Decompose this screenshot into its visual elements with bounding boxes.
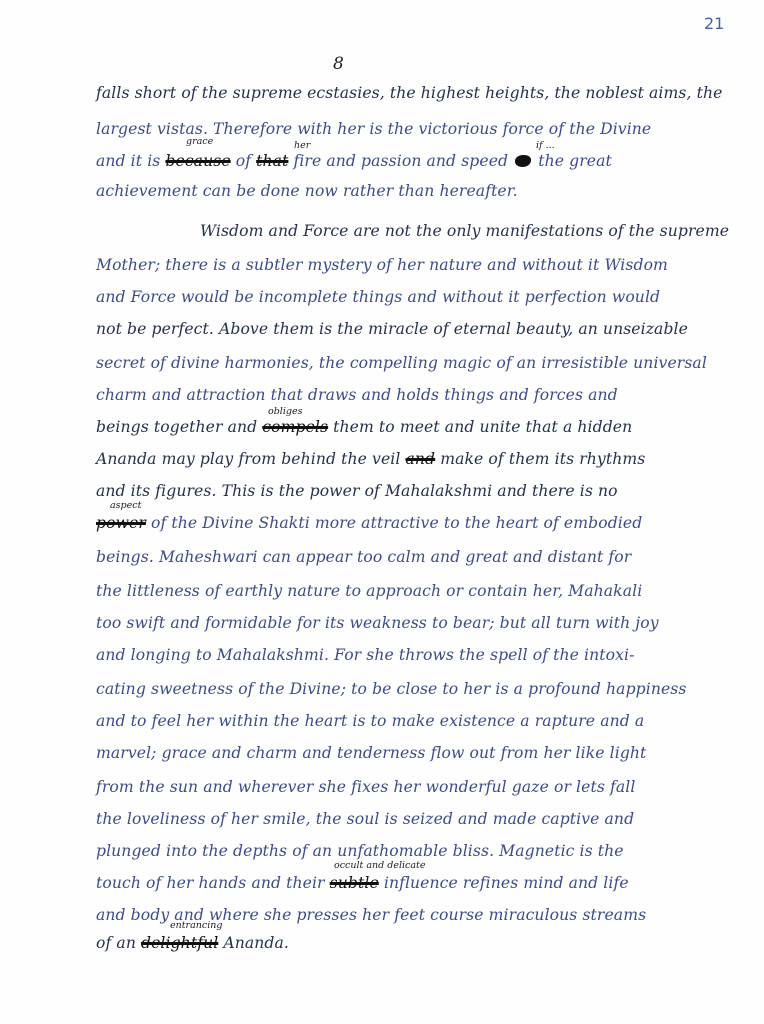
insertion: if ... — [536, 140, 555, 151]
text-line: and its figures. This is the power of Ma… — [96, 482, 618, 500]
deleted-word: compels — [262, 418, 328, 436]
text-line: largest vistas. Therefore with her is th… — [96, 120, 651, 138]
text-line: and it is because of that fire and passi… — [96, 152, 612, 170]
text-line: the littleness of earthly nature to appr… — [96, 582, 642, 600]
text-line: falls short of the supreme ecstasies, th… — [96, 84, 722, 102]
insertion: her — [294, 140, 310, 151]
deleted-word: delightful — [141, 934, 218, 952]
text: make of them its rhythms — [435, 450, 645, 468]
text-line: not be perfect. Above them is the miracl… — [96, 320, 688, 338]
text-line: from the sun and wherever she fixes her … — [96, 778, 635, 796]
text-line: the loveliness of her smile, the soul is… — [96, 810, 634, 828]
text-line: and longing to Mahalakshmi. For she thro… — [96, 646, 634, 664]
deleted-word: subtle — [330, 874, 379, 892]
deleted-word: because — [165, 152, 230, 170]
insertion: occult and delicate — [334, 860, 425, 871]
text-line: marvel; grace and charm and tenderness f… — [96, 744, 646, 762]
text-line: Ananda may play from behind the veil and… — [96, 450, 645, 468]
text: touch of her hands and their — [96, 874, 330, 892]
text-line: and to feel her within the heart is to m… — [96, 712, 644, 730]
text-line: touch of her hands and their subtle infl… — [96, 874, 629, 892]
text-line: plunged into the depths of an unfathomab… — [96, 842, 624, 860]
text: Ananda may play from behind the veil — [96, 450, 406, 468]
text: of an — [96, 934, 141, 952]
text-line: secret of divine harmonies, the compelli… — [96, 354, 707, 372]
manuscript-page: 21 8 falls short of the supreme ecstasie… — [0, 0, 764, 1024]
insertion: obliges — [268, 406, 302, 417]
folio-number: 21 — [704, 14, 724, 33]
text: influence refines mind and life — [379, 874, 629, 892]
deleted-word: power — [96, 514, 146, 532]
text-line: too swift and formidable for its weaknes… — [96, 614, 659, 632]
text: them to meet and unite that a hidden — [328, 418, 632, 436]
page-number: 8 — [333, 54, 344, 74]
text: Ananda. — [218, 934, 289, 952]
text-line: beings. Maheshwari can appear too calm a… — [96, 548, 631, 566]
deleted-word: and — [406, 450, 436, 468]
insertion: grace — [186, 136, 213, 147]
insertion: aspect — [110, 500, 141, 511]
text: of — [231, 152, 256, 170]
text-line: achievement can be done now rather than … — [96, 182, 518, 200]
text-line: cating sweetness of the Divine; to be cl… — [96, 680, 687, 698]
text: the great — [533, 152, 612, 170]
text: beings together and — [96, 418, 262, 436]
text-line: of an delightful Ananda. — [96, 934, 289, 952]
ink-blot — [515, 155, 531, 167]
text-line: beings together and compels them to meet… — [96, 418, 632, 436]
text-line: power of the Divine Shakti more attracti… — [96, 514, 642, 532]
text: of the Divine Shakti more attractive to … — [146, 514, 642, 532]
insertion: entrancing — [170, 920, 222, 931]
text-line: Mother; there is a subtler mystery of he… — [96, 256, 668, 274]
text-line: and Force would be incomplete things and… — [96, 288, 660, 306]
text: fire and passion and speed — [288, 152, 513, 170]
text: and it is — [96, 152, 165, 170]
text-line: charm and attraction that draws and hold… — [96, 386, 618, 404]
deleted-word: that — [256, 152, 288, 170]
text-line: Wisdom and Force are not the only manife… — [200, 222, 729, 240]
